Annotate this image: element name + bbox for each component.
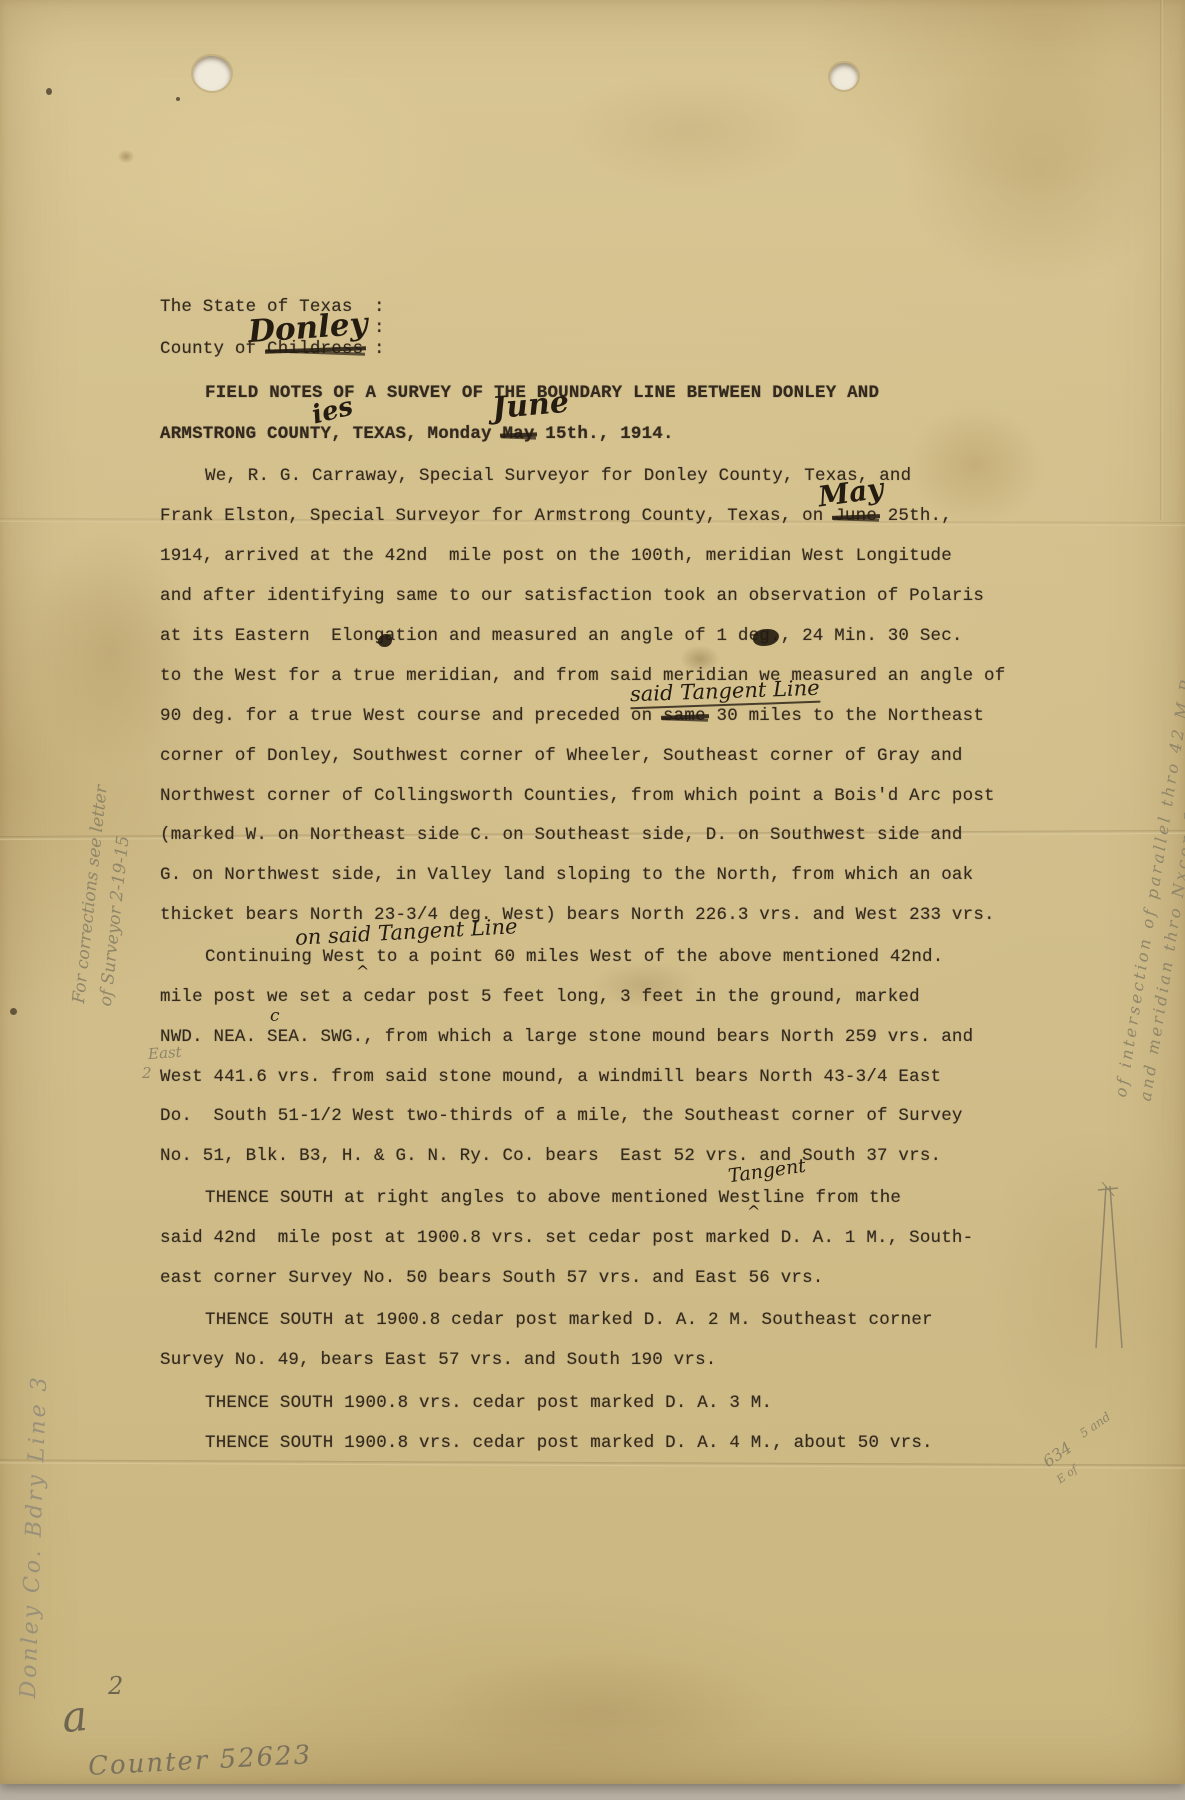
handwritten-c-mark: c	[270, 1006, 280, 1026]
typed-line: Continuing West to a point 60 miles West…	[205, 947, 943, 967]
colon-mark: :	[374, 318, 385, 338]
typed-line: 1914, arrived at the 42nd mile post on t…	[160, 546, 952, 566]
handwritten-june: June	[491, 385, 571, 427]
scanned-document-view: The State of Texas County of Childress :…	[0, 0, 1185, 1800]
typed-line: corner of Donley, Southwest corner of Wh…	[160, 746, 963, 766]
typed-line: Survey No. 49, bears East 57 vrs. and So…	[160, 1350, 717, 1370]
typed-line: line from the	[762, 1188, 901, 1208]
typed-line: Northwest corner of Collingsworth Counti…	[160, 786, 995, 806]
pencil-note-two: 2	[142, 1064, 152, 1082]
typed-line: THENCE SOUTH 1900.8 vrs. cedar post mark…	[205, 1393, 772, 1413]
caret-mark: ^	[356, 962, 369, 981]
typed-line: east corner Survey No. 50 bears South 57…	[160, 1268, 824, 1288]
typed-line: thicket bears North 23-3/4 deg. West) be…	[160, 905, 995, 925]
pencil-bottom-2: 2	[108, 1672, 123, 1700]
typed-line: mile post we set a cedar post 5 feet lon…	[160, 987, 920, 1007]
speck	[46, 88, 52, 95]
typed-line: We, R. G. Carraway, Special Surveyor for…	[205, 466, 911, 486]
typed-line: NWD. NEA. SEA. SWG., from which a large …	[160, 1027, 973, 1047]
typed-line: West 441.6 vrs. from said stone mound, a…	[160, 1067, 941, 1087]
typed-line: No. 51, Blk. B3, H. & G. N. Ry. Co. bear…	[160, 1146, 941, 1166]
typed-line: and after identifying same to our satisf…	[160, 586, 984, 606]
line-segment: 30 miles to the Northeast	[706, 706, 984, 726]
typed-line: THENCE SOUTH at 1900.8 cedar post marked…	[205, 1310, 933, 1330]
caret-mark: ^	[747, 1202, 760, 1221]
typed-line: G. on Northwest side, in Valley land slo…	[160, 865, 973, 885]
speck	[176, 97, 180, 101]
pencil-bottom-a: a	[60, 1691, 90, 1742]
typed-line: THENCE SOUTH at right angles to above me…	[205, 1188, 762, 1208]
title-line2b: 15th., 1914.	[535, 424, 674, 444]
pencil-sketch	[1088, 1182, 1132, 1352]
struck-same: same	[663, 706, 706, 726]
typed-line: (marked W. on Northeast side C. on South…	[160, 825, 963, 845]
typed-line: Do. South 51-1/2 West two-thirds of a mi…	[160, 1106, 963, 1126]
typed-line: to the West for a true meridian, and fro…	[160, 666, 1005, 686]
typed-line: THENCE SOUTH 1900.8 vrs. cedar post mark…	[205, 1433, 933, 1453]
typed-title-line2: ARMSTRONG COUNTY, TEXAS, Monday May 15th…	[160, 424, 674, 444]
line-segment: 25th.,	[877, 506, 952, 526]
struck-may: May	[502, 424, 534, 444]
speck	[10, 1008, 17, 1015]
pencil-note-east: East	[147, 1043, 182, 1063]
punch-hole	[830, 63, 858, 90]
colon-mark: :	[374, 297, 385, 317]
typed-line: at its Eastern Elongation and measured a…	[160, 626, 963, 646]
line-segment: 90 deg. for a true West course and prece…	[160, 706, 663, 726]
typed-line: 90 deg. for a true West course and prece…	[160, 706, 984, 726]
document-page	[0, 0, 1185, 1784]
typed-line: said 42nd mile post at 1900.8 vrs. set c…	[160, 1228, 973, 1248]
colon-mark: :	[374, 339, 385, 359]
title-line2a: ARMSTRONG COUNTY, TEXAS, Monday	[160, 424, 502, 444]
line-segment: Frank Elston, Special Surveyor for Armst…	[160, 506, 834, 526]
